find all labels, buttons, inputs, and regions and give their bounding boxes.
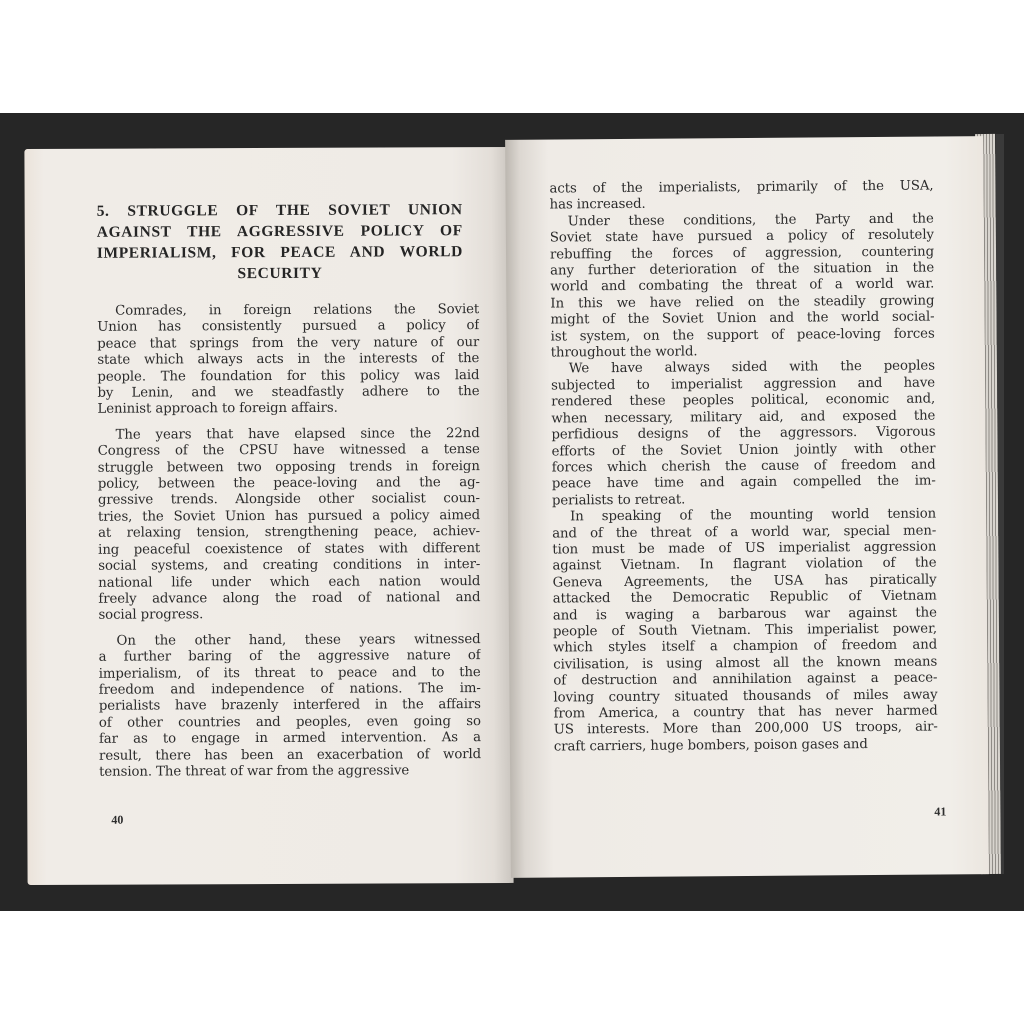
heading-line: IMPERIALISM, FOR PEACE AND WORLD (97, 241, 463, 264)
text-line: tension. The threat of war from the aggr… (99, 763, 481, 781)
text-line: Leninist approach to foreign affairs. (98, 401, 480, 419)
chapter-heading: 5. STRUGGLE OF THE SOVIET UNION AGAINST … (97, 199, 463, 285)
paragraph: Under these conditions, the Party and th… (550, 211, 935, 362)
page-number: 40 (111, 813, 123, 828)
paragraph: Comrades, in foreign relations the Sovie… (97, 302, 479, 419)
text-line: craft carriers, huge bombers, poison gas… (554, 736, 938, 755)
text-line: tries, the Soviet Union has pursued a po… (98, 508, 480, 526)
left-page-body: Comrades, in foreign relations the Sovie… (97, 302, 481, 781)
text-line: social progress. (98, 606, 480, 624)
text-line: by Lenin, and we steadfastly adhere to t… (97, 384, 479, 402)
text-line: On the other hand, these years witnessed (99, 632, 481, 650)
text-line: gressive trends. Alongside other sociali… (98, 492, 480, 510)
right-page-body: acts of the imperialists, primarily of t… (549, 179, 937, 756)
text-line: people. The foundation for this policy w… (97, 368, 479, 386)
text-line: social systems, and creating conditions … (98, 557, 480, 575)
heading-line: SECURITY (97, 262, 463, 285)
left-page: 5. STRUGGLE OF THE SOVIET UNION AGAINST … (24, 147, 513, 885)
paragraph: acts of the imperialists, primarily of t… (549, 179, 933, 215)
page-number: 41 (934, 804, 946, 819)
text-line: The years that have elapsed since the 22… (98, 426, 480, 444)
text-line: ist system, on the support of peace-lovi… (551, 326, 935, 345)
right-page: acts of the imperialists, primarily of t… (505, 136, 989, 878)
text-line: peace that springs from the very nature … (97, 335, 479, 353)
text-line: US interests. More than 200,000 US troop… (554, 720, 938, 739)
text-line: national life under which each nation wo… (98, 574, 480, 592)
text-line: policy, between the peace-loving and the… (98, 475, 480, 493)
paragraph: The years that have elapsed since the 22… (98, 426, 481, 625)
text-line: peace have time and again compelled the … (552, 474, 936, 493)
paragraph: On the other hand, these years witnessed… (99, 632, 482, 781)
text-line: perialists have brazenly interfered in t… (99, 697, 481, 715)
text-line: freedom and independence of nations. The… (99, 681, 481, 699)
heading-line: 5. STRUGGLE OF THE SOVIET UNION (97, 199, 463, 222)
text-line: ing peaceful coexistence of states with … (98, 541, 480, 559)
text-line: Union has consistently pursued a policy … (97, 318, 479, 336)
scan-scene: 5. STRUGGLE OF THE SOVIET UNION AGAINST … (0, 0, 1024, 1024)
paragraph: In speaking of the mounting world tensio… (552, 507, 938, 756)
paragraph: We have always sided with the peoplessub… (551, 359, 936, 510)
text-line: far as to engage in armed intervention. … (99, 730, 481, 748)
text-line: a further baring of the aggressive natur… (99, 648, 481, 666)
heading-line: AGAINST THE AGGRESSIVE POLICY OF (97, 220, 463, 243)
text-line: at relaxing tension, strengthening peace… (98, 524, 480, 542)
text-line: struggle between two opposing trends in … (98, 459, 480, 477)
text-line: Comrades, in foreign relations the Sovie… (97, 302, 479, 320)
text-line: state which always acts in the interests… (97, 351, 479, 369)
text-line: result, there has been an exacerbation o… (99, 747, 481, 765)
text-line: imperialism, of its threat to peace and … (99, 665, 481, 683)
text-line: of other countries and peoples, even goi… (99, 714, 481, 732)
text-line: freely advance along the road of nationa… (98, 590, 480, 608)
text-line: Congress of the CPSU have witnessed a te… (98, 442, 480, 460)
